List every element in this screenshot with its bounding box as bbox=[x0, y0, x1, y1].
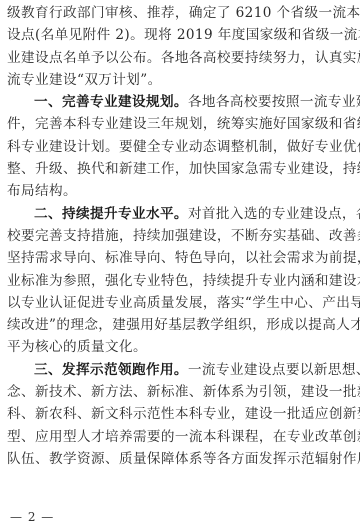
section-3-line: 队伍、教学资源、质量保障体系等各方面发挥示范辐射作用。 bbox=[7, 448, 353, 470]
section-3-heading: 三、发挥示范领跑作用。 bbox=[34, 362, 188, 378]
section-2-line: 以专业认证促进专业高质量发展，落实“学生中心、产出导向、持 bbox=[7, 292, 353, 314]
intro-line: 设点(名单见附件 2)。现将 2019 年度国家级和省级一流本科专 bbox=[7, 24, 353, 46]
section-2-line: 平为核心的质量文化。 bbox=[7, 336, 353, 358]
page-number: — 2 — bbox=[10, 510, 54, 524]
intro-line: 流专业建设“双万计划”。 bbox=[7, 69, 353, 91]
section-2-line: 续改进”的理念，建强用好基层教学组织，形成以提高人才培养水 bbox=[7, 314, 353, 336]
intro-line: 业建设点名单予以公布。各地各高校要持续努力，认真实施好一 bbox=[7, 47, 353, 69]
intro-line: 级教育行政部门审核、推荐，确定了 6210 个省级一流本科专业建 bbox=[7, 2, 353, 24]
section-2-text: 对首批入选的专业建设点，各地各高 bbox=[188, 206, 360, 222]
section-1-line: 整、升级、换代和新建工作，加快国家急需专业建设，持续改进专业 bbox=[7, 158, 353, 180]
section-2-line: 业标准为参照，强化专业特色，持续提升专业内涵和建设水平。要 bbox=[7, 270, 353, 292]
section-1-first-line: 一、完善专业建设规划。各地各高校要按照一流专业建设条 bbox=[7, 91, 353, 113]
section-1-line: 科专业建设计划。要健全专业动态调整机制，做好专业优化、调 bbox=[7, 136, 353, 158]
section-3-line: 念、新技术、新方法、新标准、新体系为引领，建设一批新工科、新医 bbox=[7, 381, 353, 403]
section-2-line: 校要完善支持措施，持续加强建设，不断夯实基础、改善条件。要 bbox=[7, 225, 353, 247]
section-2-heading: 二、持续提升专业水平。 bbox=[34, 206, 188, 222]
section-1-text: 各地各高校要按照一流专业建设条 bbox=[188, 94, 360, 110]
section-2-first-line: 二、持续提升专业水平。对首批入选的专业建设点，各地各高 bbox=[7, 203, 353, 225]
section-1-line: 件，完善本科专业建设三年规划，统筹实施好国家级和省级一流本 bbox=[7, 113, 353, 135]
section-1-heading: 一、完善专业建设规划。 bbox=[34, 94, 188, 110]
section-3-line: 型、应用型人才培养需要的一流本科课程，在专业改革创新、师资 bbox=[7, 426, 353, 448]
section-3-text: 一流专业建设点要以新思想、新理 bbox=[188, 362, 360, 378]
section-1-line: 布局结构。 bbox=[7, 180, 353, 202]
section-3-line: 科、新农科、新文科示范性本科专业，建设一批适应创新型、复合 bbox=[7, 403, 353, 425]
document-page: 级教育行政部门审核、推荐，确定了 6210 个省级一流本科专业建 设点(名单见附… bbox=[7, 2, 353, 470]
section-3-first-line: 三、发挥示范领跑作用。一流专业建设点要以新思想、新理 bbox=[7, 359, 353, 381]
section-2-line: 坚持需求导向、标准导向、特色导向，以社会需求为前提，以一流专 bbox=[7, 247, 353, 269]
